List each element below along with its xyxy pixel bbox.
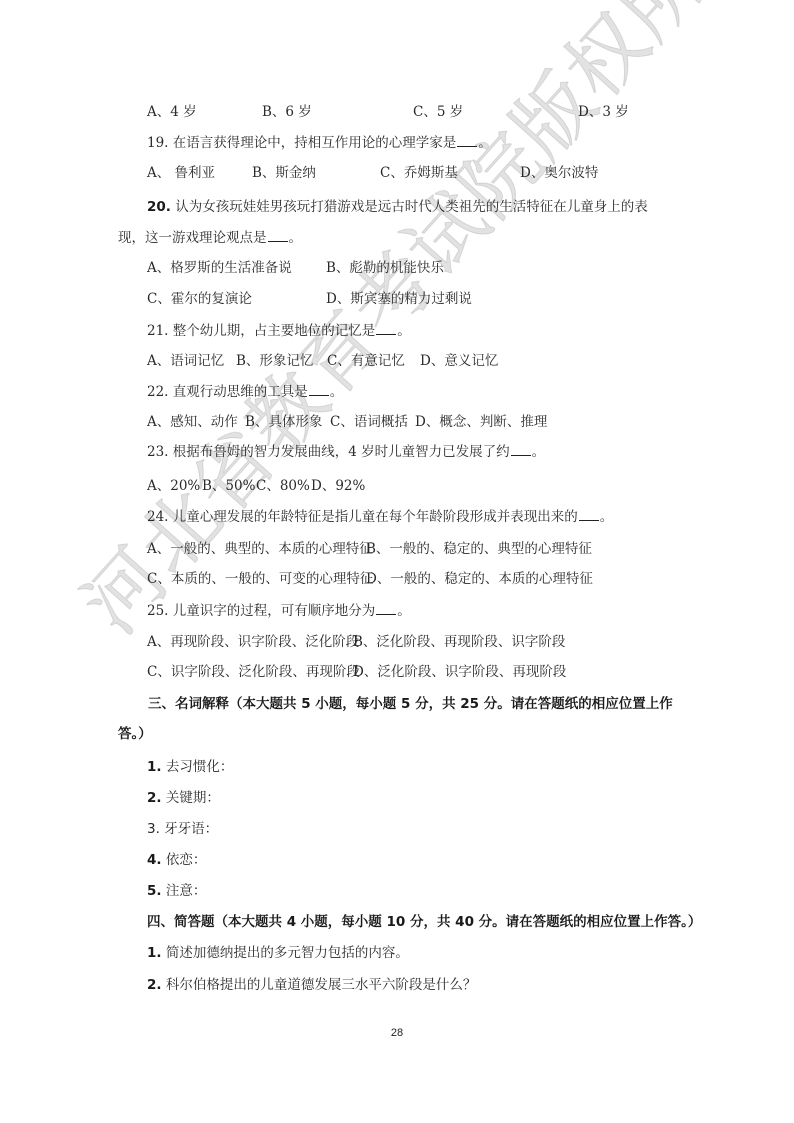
term-item-2: 2. 关键期： [147, 789, 220, 807]
answer-blank [309, 383, 329, 396]
q23-option-b: B、50% [202, 477, 255, 495]
question-22: 22. 直观行动思维的工具是。 [147, 383, 343, 401]
q21-stem: 21. 整个幼儿期，占主要地位的记忆是 [147, 323, 375, 339]
question-19: 19. 在语言获得理论中，持相互作用论的心理学家是。 [147, 134, 492, 152]
q20-option-c: C、霍尔的复演论 [147, 290, 252, 308]
question-21: 21. 整个幼儿期，占主要地位的记忆是。 [147, 322, 411, 340]
section-4-heading: 四、简答题（本大题共 4 小题，每小题 10 分，共 40 分。请在答题纸的相应… [147, 913, 701, 931]
term-item-5: 5. 注意： [147, 882, 206, 900]
answer-blank [579, 508, 599, 521]
q18-option-b: B、6 岁 [262, 103, 312, 121]
question-25: 25. 儿童识字的过程，可有顺序地分为。 [147, 602, 411, 620]
q19-option-c: C、乔姆斯基 [380, 164, 458, 182]
q19-option-b: B、斯金纳 [252, 164, 316, 182]
question-20-line2: 现，这一游戏理论观点是。 [118, 229, 302, 247]
q25-option-a: A、再现阶段、识字阶段、泛化阶段 [147, 633, 359, 651]
q22-option-a: A、感知、动作 [147, 413, 238, 431]
q20-number: 20. [147, 199, 171, 215]
term-item-4: 4. 依恋： [147, 851, 206, 869]
question-20-line1: 20. 认为女孩玩娃娃男孩玩打猎游戏是远古时代人类祖先的生活特征在儿童身上的表 [147, 198, 648, 216]
answer-blank [376, 602, 396, 615]
q22-option-b: B、具体形象 [245, 413, 322, 431]
q25-option-d: D、泛化阶段、识字阶段、再现阶段 [353, 663, 566, 681]
q24-option-c: C、本质的、一般的、可变的心理特征 [147, 570, 373, 588]
page-number: 28 [0, 1027, 794, 1039]
q21-option-b: B、形象记忆 [236, 352, 313, 370]
term-item-1: 1. 去习惯化： [147, 758, 233, 776]
q24-option-b: B、一般的、稳定的、典型的心理特征 [366, 540, 592, 558]
q20-stem-1: 认为女孩玩娃娃男孩玩打猎游戏是远古时代人类祖先的生活特征在儿童身上的表 [175, 199, 648, 215]
q24-option-d: D、一般的、稳定的、本质的心理特征 [366, 570, 593, 588]
q23-stem: 23. 根据布鲁姆的智力发展曲线，4 岁时儿童智力已发展了约 [147, 444, 510, 460]
question-23: 23. 根据布鲁姆的智力发展曲线，4 岁时儿童智力已发展了约。 [147, 443, 545, 461]
section-3-heading: 三、名词解释（本大题共 5 小题，每小题 5 分，共 25 分。请在答题纸的相应… [148, 695, 673, 713]
q21-option-a: A、语词记忆 [147, 352, 224, 370]
exam-page: 河北省教育考试院版权所有 A、4 岁 B、6 岁 C、5 岁 D、3 岁 19.… [0, 0, 794, 1123]
q21-option-c: C、有意记忆 [327, 352, 405, 370]
answer-blank [376, 322, 396, 335]
q21-option-d: D、意义记忆 [420, 352, 498, 370]
q18-option-a: A、4 岁 [147, 103, 197, 121]
answer-blank [268, 229, 288, 242]
q19-option-d: D、奥尔波特 [520, 164, 598, 182]
q23-option-a: A、20% [147, 477, 200, 495]
answer-blank [457, 134, 477, 147]
q20-option-b: B、彪勒的机能快乐 [326, 259, 444, 277]
q22-option-d: D、概念、判断、推理 [415, 413, 547, 431]
q19-option-a: A、 鲁利亚 [147, 164, 215, 182]
question-24: 24. 儿童心理发展的年龄特征是指儿童在每个年龄阶段形成并表现出来的。 [147, 508, 613, 526]
short-answer-1: 1. 简述加德纳提出的多元智力包括的内容。 [147, 944, 409, 962]
q24-option-a: A、一般的、典型的、本质的心理特征 [147, 540, 373, 558]
q22-option-c: C、语词概括 [330, 413, 408, 431]
q25-option-c: C、识字阶段、泛化阶段、再现阶段 [147, 663, 360, 681]
q20-stem-2: 现，这一游戏理论观点是 [118, 230, 267, 246]
q20-option-d: D、斯宾塞的精力过剩说 [326, 290, 472, 308]
q25-stem: 25. 儿童识字的过程，可有顺序地分为 [147, 603, 375, 619]
q23-option-c: C、80% [256, 477, 310, 495]
answer-blank [511, 443, 531, 456]
short-answer-2: 2. 科尔伯格提出的儿童道德发展三水平六阶段是什么？ [147, 976, 476, 994]
q23-option-d: D、92% [311, 477, 365, 495]
term-item-3: 3. 牙牙语： [147, 820, 218, 838]
q18-option-c: C、5 岁 [413, 103, 463, 121]
q24-stem: 24. 儿童心理发展的年龄特征是指儿童在每个年龄阶段形成并表现出来的 [147, 509, 578, 525]
q22-stem: 22. 直观行动思维的工具是 [147, 384, 308, 400]
q20-option-a: A、格罗斯的生活准备说 [147, 259, 292, 277]
q19-stem: 19. 在语言获得理论中，持相互作用论的心理学家是 [147, 135, 456, 151]
q18-option-d: D、3 岁 [578, 103, 629, 121]
section-3-heading-cont: 答。） [118, 725, 152, 743]
q25-option-b: B、泛化阶段、再现阶段、识字阶段 [353, 633, 565, 651]
